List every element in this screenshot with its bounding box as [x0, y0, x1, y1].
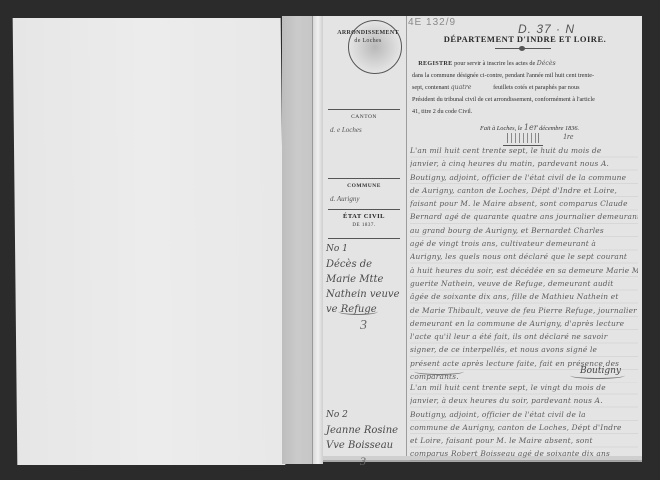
seal-stamp-icon [348, 20, 402, 74]
signature-flourish [570, 372, 625, 379]
paraph-mark: 3 [360, 454, 366, 469]
etat-civil-label: ÉTAT CIVIL [328, 213, 400, 220]
paraph-mark: 3 [360, 318, 367, 334]
archive-code: 4E 132/9 [408, 17, 456, 28]
divider [328, 178, 400, 179]
divider [328, 209, 400, 210]
divider [328, 109, 400, 110]
signature-flourish [414, 368, 464, 375]
divider [328, 238, 400, 239]
page-mark: 1re [563, 132, 573, 141]
margin-flourish [338, 308, 378, 315]
left-blank-page [13, 18, 286, 465]
commune-label: COMMUNE [328, 183, 400, 189]
page-fold [312, 16, 323, 464]
entry-1-margin: No 1 Décès de Marie Mtte Nathein veuve v… [326, 242, 406, 317]
department-title: DÉPARTEMENT D'INDRE ET LOIRE. [420, 34, 630, 44]
etat-civil-year: DE 1837. [328, 223, 400, 228]
title-ornament [495, 48, 551, 49]
canton-value: d. e Loches [330, 126, 362, 134]
entry-1-body: L'an mil huit cent trente sept, le huit … [410, 144, 638, 383]
register-page: 4E 132/9 D. 37 · N ARRONDISSEMENT de Loc… [320, 16, 642, 460]
canton-label: CANTON [328, 114, 400, 120]
entry-2-body: L'an mil huit cent trente sept, le vingt… [410, 381, 638, 461]
register-preamble: REGISTRE pour servir à inscrire les acte… [412, 58, 637, 118]
arrondissement-header: ARRONDISSEMENT de Loches [328, 30, 408, 44]
entry-2-margin: No 2 Jeanne Rosine Vve Boisseau [326, 408, 406, 453]
dated-line: Fait à Loches, le 1er décembre 1836. [480, 123, 640, 132]
commune-value: d. Aurigny [330, 195, 359, 203]
margin-rule [406, 16, 407, 456]
